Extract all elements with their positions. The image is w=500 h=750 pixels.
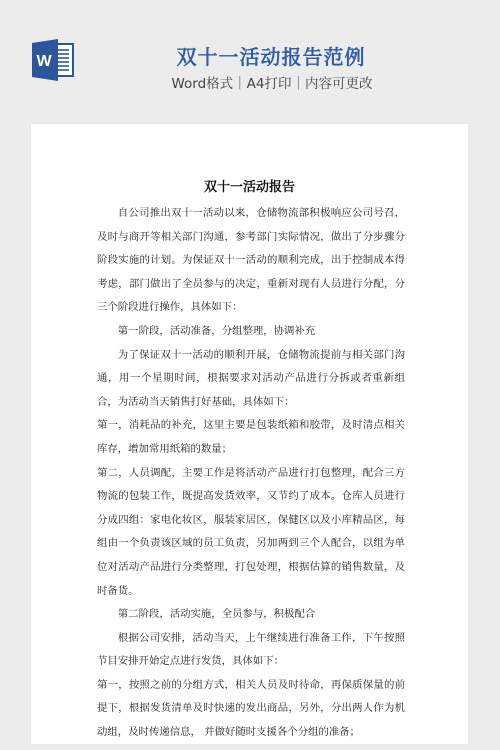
paragraph-staffing: 第二，人员调配，主要工作是将活动产品进行打包整理，配合三方物流的包装工作，既提高… [97,462,405,604]
paragraph-stage-one-intro: 为了保证双十一活动的顺利开展，仓储物流提前与相关部门沟通，用一个星期时间，根据要… [97,344,405,415]
page-subtitle: Word格式｜A4打印｜内容可更改 [0,74,500,94]
paragraph-intro: 自公司推出双十一活动以来，仓储物流部积极响应公司号召，及时与商开等相关部门沟通，… [97,202,405,320]
page-title: 双十一活动报告范例 [0,44,500,70]
paragraph-consumables: 第一，消耗品的补充，这里主要是包装纸箱和胶带，及时清点相关库存，增加常用纸箱的数… [97,414,405,461]
paragraph-stage-two-heading: 第二阶段，活动实施，全员参与，积极配合 [97,603,405,627]
paragraph-stage-two-intro: 根据公司安排，活动当天，上午继续进行准备工作，下午按照节目安排开始定点进行发货，… [97,627,405,674]
document-page: 双十一活动报告 自公司推出双十一活动以来，仓储物流部积极响应公司号召，及时与商开… [31,124,468,744]
paragraph-shipping: 第一，按照之前的分组方式，相关人员及时待命，再保质保量的前提下，根据发货清单及时… [97,674,405,745]
document-title: 双十一活动报告 [31,178,468,198]
paragraph-stage-one-heading: 第一阶段，活动准备，分组整理，协调补充 [97,320,405,344]
document-body: 自公司推出双十一活动以来，仓储物流部积极响应公司号召，及时与商开等相关部门沟通，… [97,202,405,745]
